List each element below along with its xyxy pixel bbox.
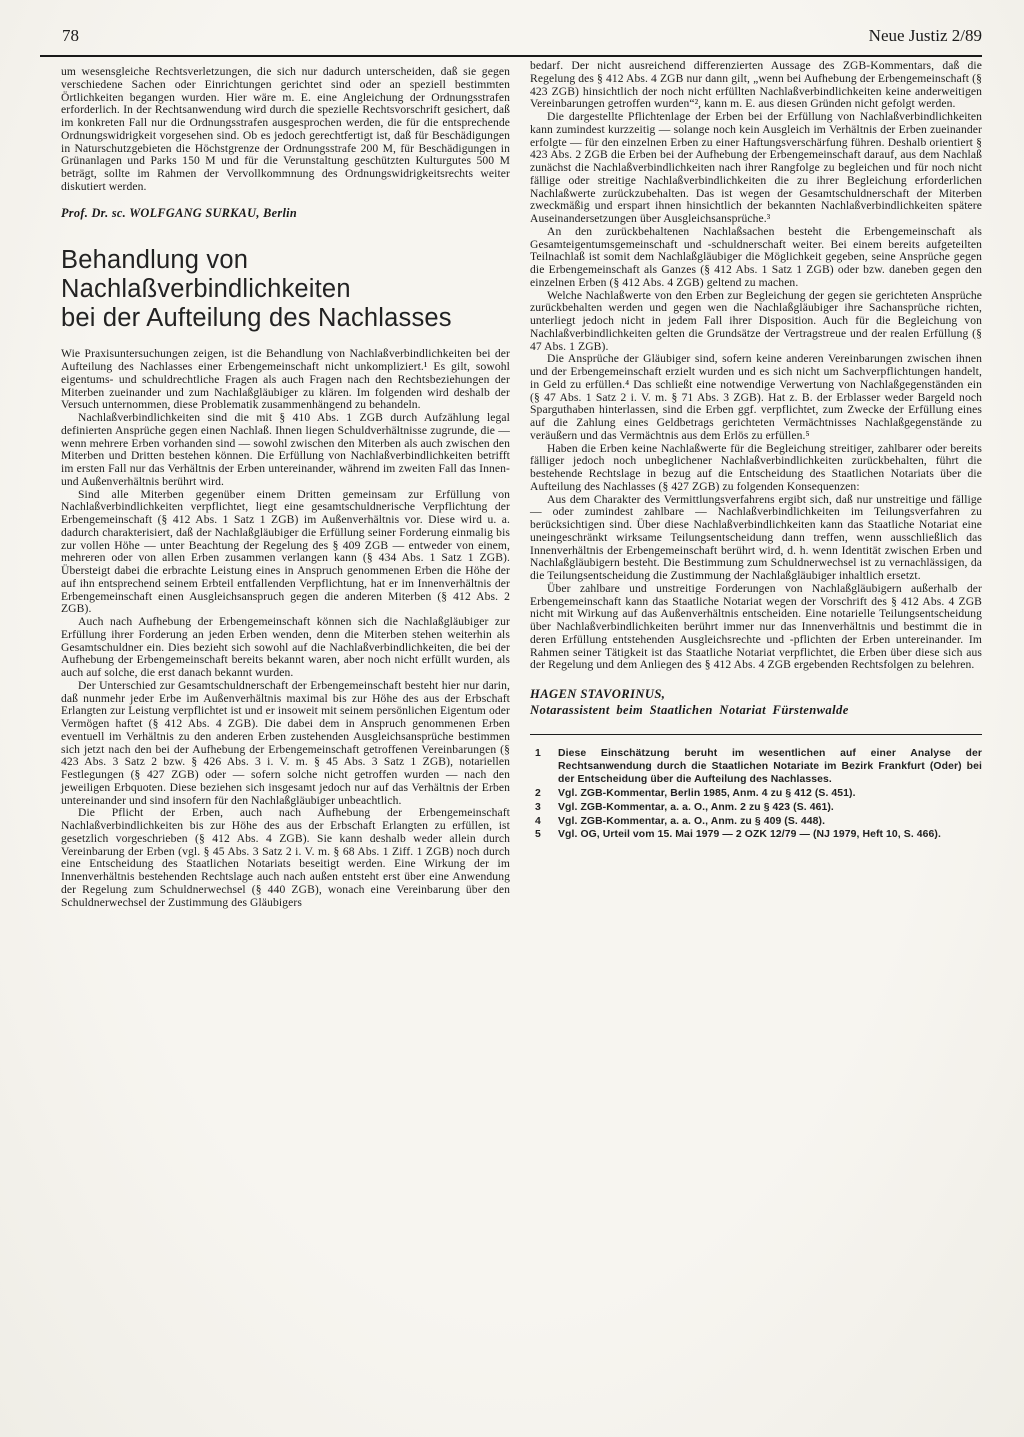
prev-article-author: Prof. Dr. sc. WOLFGANG SURKAU, Berlin — [61, 207, 510, 220]
left-column-paragraphs: Nachlaßverbindlichkeiten sind die mit § … — [61, 412, 510, 909]
footnote-number: 4 — [535, 816, 549, 829]
paragraph: Haben die Erben keine Nachlaßwerte für d… — [530, 443, 982, 494]
page-header: 78 Neue Justiz 2/89 — [40, 26, 982, 46]
journal-page: 78 Neue Justiz 2/89 um wesensgleiche Rec… — [0, 0, 1024, 1437]
footnote-text: Vgl. ZGB-Kommentar, a. a. O., Anm. 2 zu … — [558, 802, 982, 815]
footnote-number: 5 — [535, 829, 549, 842]
footnote-rule — [530, 734, 982, 735]
journal-title: Neue Justiz 2/89 — [869, 26, 982, 46]
footnote-number: 3 — [535, 802, 549, 815]
paragraph: Die Ansprüche der Gläubiger sind, sofern… — [530, 353, 982, 442]
page-number: 78 — [40, 26, 79, 46]
right-column: bedarf. Der nicht ausreichend differenzi… — [530, 60, 982, 843]
header-rule — [40, 55, 982, 57]
paragraph: Über zahlbare und unstreitige Forderunge… — [530, 583, 982, 672]
article-author-name: HAGEN STAVORINUS, — [530, 686, 982, 702]
footnote-item: 5 Vgl. OG, Urteil vom 15. Mai 1979 — 2 O… — [530, 829, 982, 842]
left-column: um wesensgleiche Rechtsverletzungen, die… — [61, 66, 510, 909]
article-author-block: HAGEN STAVORINUS, Notarassistent beim St… — [530, 686, 982, 718]
footnote-item: 1 Diese Einschätzung beruht im wesentlic… — [530, 748, 982, 787]
footnotes: 1 Diese Einschätzung beruht im wesentlic… — [530, 748, 982, 842]
paragraph: Aus dem Charakter des Vermittlungsverfah… — [530, 494, 982, 583]
right-lead-paragraph: bedarf. Der nicht ausreichend differenzi… — [530, 60, 982, 111]
article-title: Behandlung von Nachlaßverbindlichkeiten … — [61, 246, 510, 333]
paragraph: Welche Nachlaßwerte von den Erben zur Be… — [530, 290, 982, 354]
prev-article-closing-paragraph: um wesensgleiche Rechtsverletzungen, die… — [61, 66, 510, 194]
footnote-item: 4 Vgl. ZGB-Kommentar, a. a. O., Anm. zu … — [530, 816, 982, 829]
paragraph: Sind alle Miterben gegenüber einem Dritt… — [61, 489, 510, 617]
paragraph: Auch nach Aufhebung der Erbengemeinschaf… — [61, 616, 510, 680]
footnote-item: 3 Vgl. ZGB-Kommentar, a. a. O., Anm. 2 z… — [530, 802, 982, 815]
article-title-line1: Behandlung von Nachlaßverbindlichkeiten — [61, 246, 510, 304]
footnote-text: Vgl. OG, Urteil vom 15. Mai 1979 — 2 OZK… — [558, 829, 982, 842]
right-column-paragraphs: Die dargestellte Pflichtenlage der Erben… — [530, 111, 982, 672]
footnote-number: 1 — [535, 748, 549, 787]
footnote-text: Vgl. ZGB-Kommentar, Berlin 1985, Anm. 4 … — [558, 788, 982, 801]
footnote-text: Diese Einschätzung beruht im wesentliche… — [558, 748, 982, 787]
article-intro-paragraph: Wie Praxisuntersuchungen zeigen, ist die… — [61, 348, 510, 412]
paragraph: An den zurückbehaltenen Nachlaßsachen be… — [530, 226, 982, 290]
footnote-item: 2 Vgl. ZGB-Kommentar, Berlin 1985, Anm. … — [530, 788, 982, 801]
paragraph: Die dargestellte Pflichtenlage der Erben… — [530, 111, 982, 226]
paragraph: Der Unterschied zur Gesamtschuldnerschaf… — [61, 680, 510, 808]
paragraph: Die Pflicht der Erben, auch nach Aufhebu… — [61, 807, 510, 909]
paragraph: Nachlaßverbindlichkeiten sind die mit § … — [61, 412, 510, 489]
footnote-number: 2 — [535, 788, 549, 801]
footnote-text: Vgl. ZGB-Kommentar, a. a. O., Anm. zu § … — [558, 816, 982, 829]
article-title-line2: bei der Aufteilung des Nachlasses — [61, 304, 510, 333]
article-author-role: Notarassistent beim Staatlichen Notariat… — [530, 702, 982, 718]
